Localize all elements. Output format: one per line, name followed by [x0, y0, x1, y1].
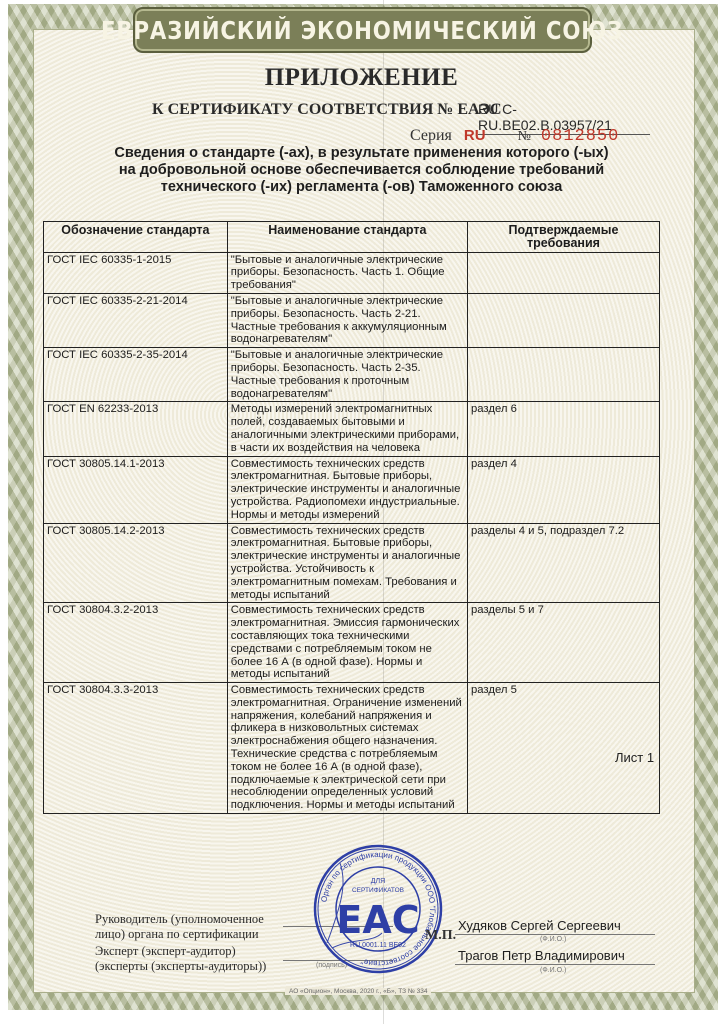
confirmed-requirements: разделы 4 и 5, подраздел 7.2	[467, 523, 659, 603]
confirmed-requirements: раздел 4	[467, 456, 659, 523]
expert-label-line: Эксперт (эксперт-аудитор)	[95, 944, 266, 959]
head-name-line	[455, 934, 655, 935]
expert-label: Эксперт (эксперт-аудитор) (эксперты (экс…	[95, 944, 266, 974]
column-header-requirements: Подтверждаемые требования	[467, 222, 659, 253]
standard-code: ГОСТ IEC 60335-1-2015	[44, 252, 228, 293]
head-label-line: Руководитель (уполномоченное	[95, 912, 264, 927]
head-name: Худяков Сергей Сергеевич	[458, 918, 621, 933]
confirmed-requirements	[467, 293, 659, 347]
page-title: ПРИЛОЖЕНИЕ	[0, 64, 723, 92]
standard-name: Совместимость технических средств электр…	[227, 456, 467, 523]
form-number: 0812850	[541, 127, 619, 146]
stamp-inner-top: ДЛЯ	[371, 878, 385, 885]
series-line: Серия RU № 0812850	[410, 127, 619, 146]
subtitle-line: на добровольной основе обеспечивается со…	[0, 162, 723, 179]
certificate-line: К СЕРТИФИКАТУ СООТВЕТСТВИЯ № ЕАЭС	[152, 101, 502, 119]
standard-code: ГОСТ 30805.14.2-2013	[44, 523, 228, 603]
standards-table: Обозначение стандарта Наименование станд…	[43, 221, 660, 814]
confirmed-requirements: раздел 6	[467, 402, 659, 456]
standard-name: Совместимость технических средств электр…	[227, 523, 467, 603]
stamp-inner-mid: СЕРТИФИКАТОВ	[352, 887, 404, 894]
confirmed-requirements: разделы 5 и 7	[467, 603, 659, 683]
union-banner: ЕВРАЗИЙСКИЙ ЭКОНОМИЧЕСКИЙ СОЮЗ	[133, 7, 592, 53]
seal-mark: М.П.	[425, 928, 456, 944]
confirmed-requirements: раздел 5	[467, 683, 659, 814]
stamp-reg: RU.0001.11 BE02	[350, 942, 406, 949]
standard-code: ГОСТ IEC 60335-2-35-2014	[44, 348, 228, 402]
head-fio-caption: (Ф.И.О.)	[540, 936, 566, 943]
confirmed-requirements	[467, 348, 659, 402]
standard-name: Совместимость технических средств электр…	[227, 603, 467, 683]
standard-name: "Бытовые и аналогичные электрические при…	[227, 348, 467, 402]
series-label: Серия	[410, 127, 452, 144]
head-label-line: лицо) органа по сертификации	[95, 927, 264, 942]
table-row: ГОСТ IEC 60335-2-35-2014"Бытовые и анало…	[44, 348, 660, 402]
table-row: ГОСТ 30805.14.1-2013Совместимость технич…	[44, 456, 660, 523]
column-header-name: Наименование стандарта	[227, 222, 467, 253]
expert-name-line	[455, 964, 655, 965]
column-header-code: Обозначение стандарта	[44, 222, 228, 253]
table-row: ГОСТ 30804.3.2-2013Совместимость техниче…	[44, 603, 660, 683]
number-label: №	[518, 129, 531, 144]
standard-code: ГОСТ IEC 60335-2-21-2014	[44, 293, 228, 347]
standard-code: ГОСТ EN 62233-2013	[44, 402, 228, 456]
standard-name: "Бытовые и аналогичные электрические при…	[227, 252, 467, 293]
eac-logo: ЕАС	[336, 898, 419, 942]
banner-text: ЕВРАЗИЙСКИЙ ЭКОНОМИЧЕСКИЙ СОЮЗ	[102, 16, 624, 45]
head-label: Руководитель (уполномоченное лицо) орган…	[95, 912, 264, 942]
certification-stamp: Орган по сертификации продукции ООО "Гло…	[312, 843, 444, 975]
standard-name: Совместимость технических средств электр…	[227, 683, 467, 814]
standard-name: Методы измерений электромагнитных полей,…	[227, 402, 467, 456]
standard-code: ГОСТ 30804.3.3-2013	[44, 683, 228, 814]
subtitle-line: технического (-их) регламента (-ов) Тамо…	[0, 179, 723, 196]
expert-label-line: (эксперты (эксперты-аудиторы))	[95, 959, 266, 974]
table-header-row: Обозначение стандарта Наименование станд…	[44, 222, 660, 253]
expert-name: Трагов Петр Владимирович	[458, 948, 625, 963]
standard-name: "Бытовые и аналогичные электрические при…	[227, 293, 467, 347]
expert-fio-caption: (Ф.И.О.)	[540, 967, 566, 974]
confirmed-requirements	[467, 252, 659, 293]
table-row: ГОСТ IEC 60335-1-2015"Бытовые и аналогич…	[44, 252, 660, 293]
printer-note: АО «Опцион», Москва, 2020 г., «Б», ТЗ № …	[285, 988, 431, 995]
table-row: ГОСТ EN 62233-2013Методы измерений элект…	[44, 402, 660, 456]
subtitle-line: Сведения о стандарте (-ах), в результате…	[0, 145, 723, 162]
table-row: ГОСТ 30804.3.3-2013Совместимость техниче…	[44, 683, 660, 814]
series-value: RU	[464, 127, 486, 144]
standard-code: ГОСТ 30805.14.1-2013	[44, 456, 228, 523]
sheet-number: Лист 1	[615, 750, 654, 765]
table-row: ГОСТ IEC 60335-2-21-2014"Бытовые и анало…	[44, 293, 660, 347]
standard-code: ГОСТ 30804.3.2-2013	[44, 603, 228, 683]
table-row: ГОСТ 30805.14.2-2013Совместимость технич…	[44, 523, 660, 603]
section-subtitle: Сведения о стандарте (-ах), в результате…	[0, 145, 723, 196]
